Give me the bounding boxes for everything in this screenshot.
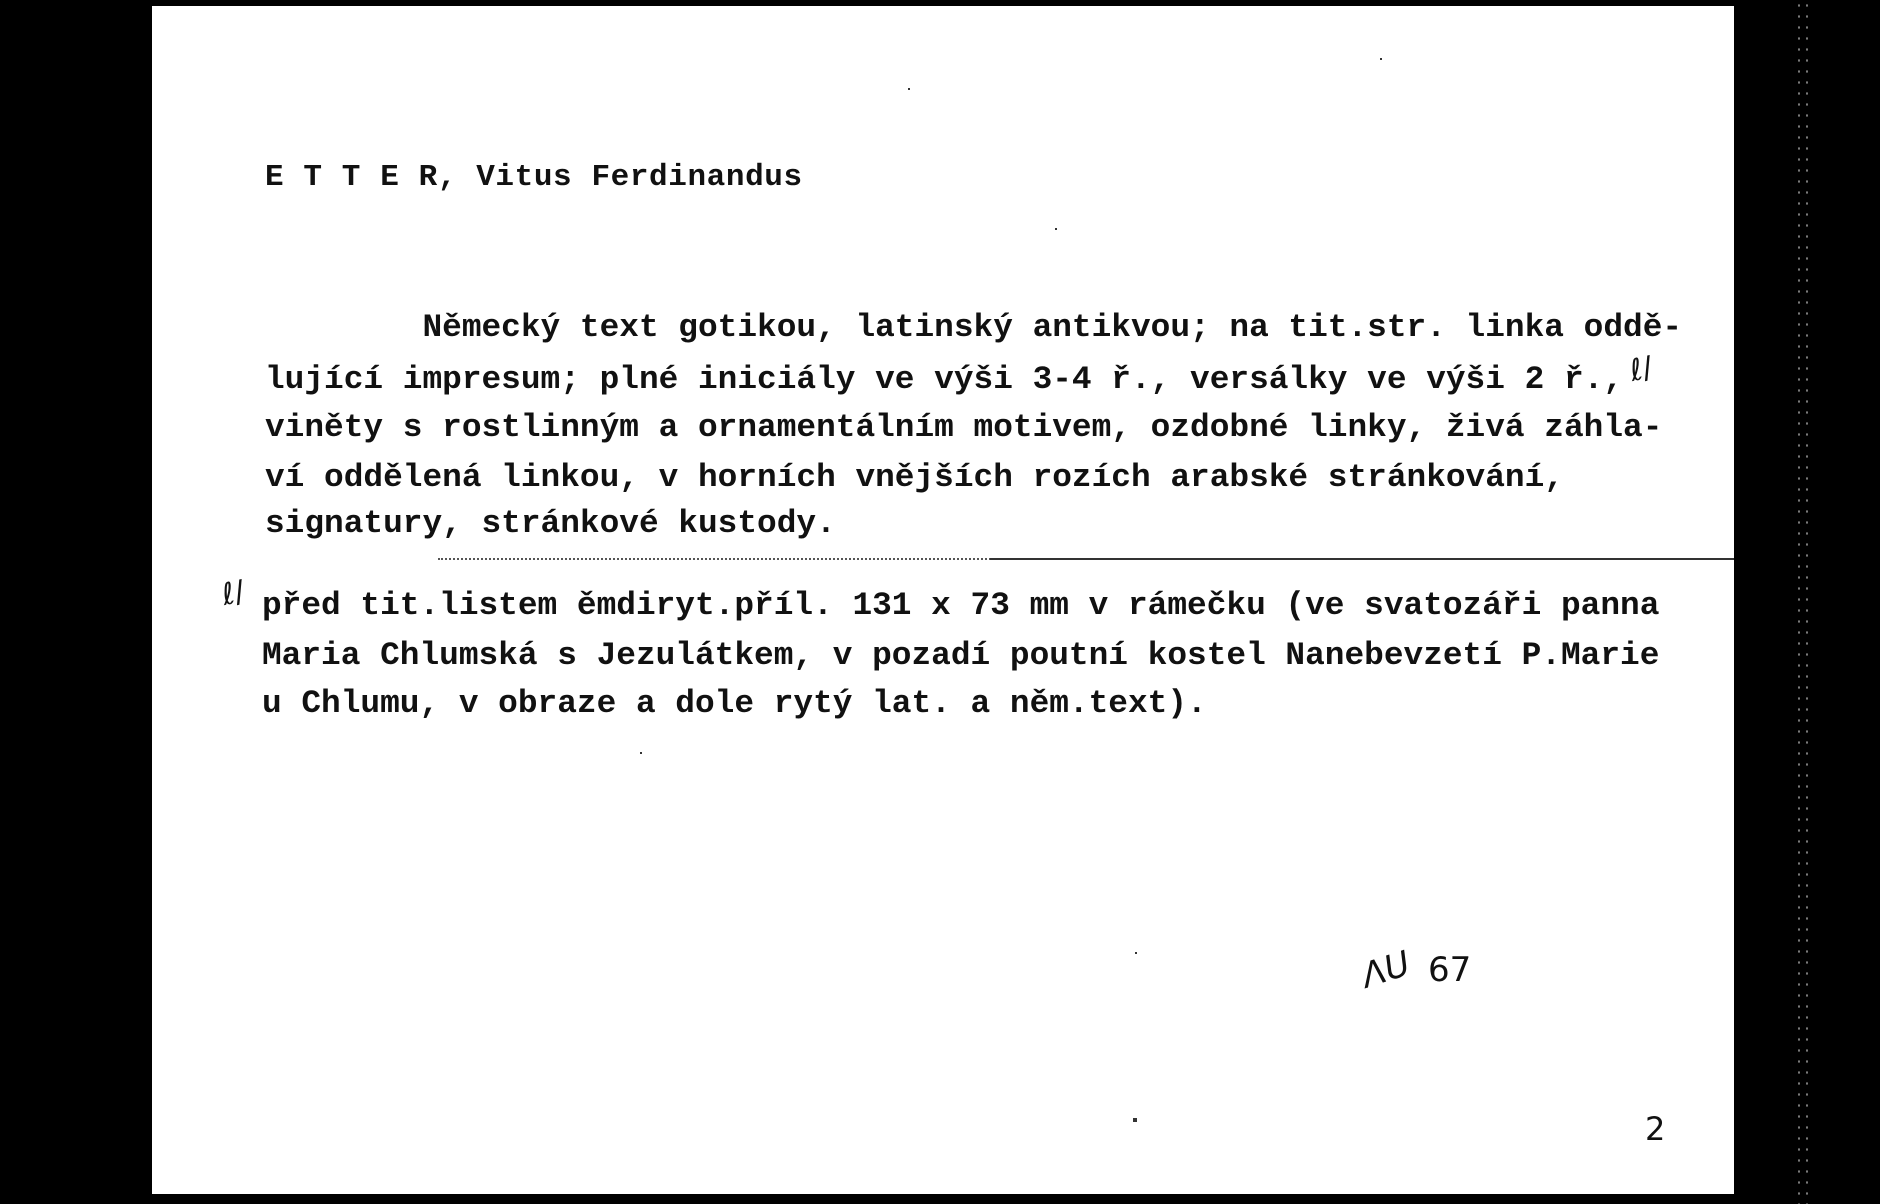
shelf-mark-number: 67	[1428, 950, 1471, 990]
card-heading: E T T E R, Vitus Ferdinandus	[265, 162, 803, 193]
scan-edge-strip	[1795, 0, 1811, 1204]
description-line: ví oddělená linkou, v horních vnějších r…	[265, 462, 1564, 495]
illustration-line: u Chlumu, v obraze a dole rytý lat. a ně…	[262, 688, 1207, 721]
scan-speck	[1380, 58, 1382, 60]
scan-speck	[1055, 228, 1057, 230]
scan-speck	[1135, 952, 1137, 954]
scan-speck	[640, 752, 642, 754]
illustration-line: před tit.listem ěmdiryt.příl. 131 x 73 m…	[262, 590, 1659, 623]
description-line: viněty s rostlinným a ornamentálním moti…	[265, 412, 1662, 445]
scan-speck	[1133, 1118, 1137, 1122]
description-line: signatury, stránkové kustody.	[265, 508, 836, 541]
separator-line-solid	[990, 558, 1734, 560]
page-number: 2	[1645, 1110, 1665, 1148]
description-line: Německý text gotikou, latinský antikvou;…	[265, 312, 1682, 345]
scan-speck	[908, 88, 910, 90]
illustration-line: Maria Chlumská s Jezulátkem, v pozadí po…	[262, 640, 1659, 673]
description-line: lující impresum; plné iniciály ve výši 3…	[265, 364, 1623, 397]
